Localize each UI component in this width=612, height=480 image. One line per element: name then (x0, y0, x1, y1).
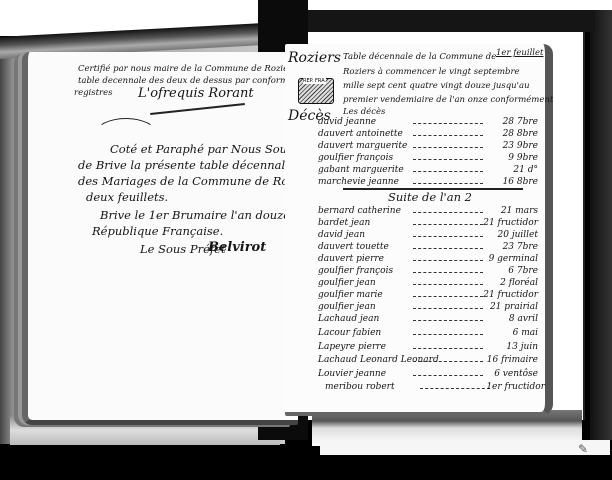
stamp-label: REP. FRA. (303, 78, 326, 84)
book-edge-right (590, 10, 612, 440)
intro-line: Roziers à commencer le vingt septembre (343, 67, 520, 77)
date-line: République Française. (92, 224, 223, 238)
folio-label: 1er feuillet (496, 48, 543, 58)
paraph-line: deux feuillets. (86, 190, 168, 204)
intro-line: Table décennale de la Commune de (343, 52, 496, 62)
certification-line: table decennale des deux de dessus par c… (78, 76, 311, 86)
scan-border (0, 455, 612, 480)
prefect-signature: Belvirot (208, 240, 266, 255)
tax-stamp-icon: REP. FRA. (298, 78, 334, 104)
intro-line: mille sept cent quatre vingt douze jusqu… (343, 81, 530, 91)
subsection-title: Suite de l'an 2 (388, 190, 472, 204)
paraph-line: de Brive la présente table décennale (78, 158, 292, 172)
margin-commune-name: Roziers (288, 50, 341, 66)
certification-line: registres (74, 88, 113, 98)
intro-line: Les décès (343, 107, 385, 117)
page-edge-shadow (305, 10, 595, 32)
certification-signature: L'ofrequis Rorant (138, 86, 254, 101)
clip-mark-icon: ✎ (578, 442, 588, 456)
certification-line: Certifié par nous maire de la Commune de… (78, 64, 307, 74)
left-page (22, 52, 298, 425)
intro-line: premier vendemiaire de l'an onze conform… (343, 95, 553, 105)
